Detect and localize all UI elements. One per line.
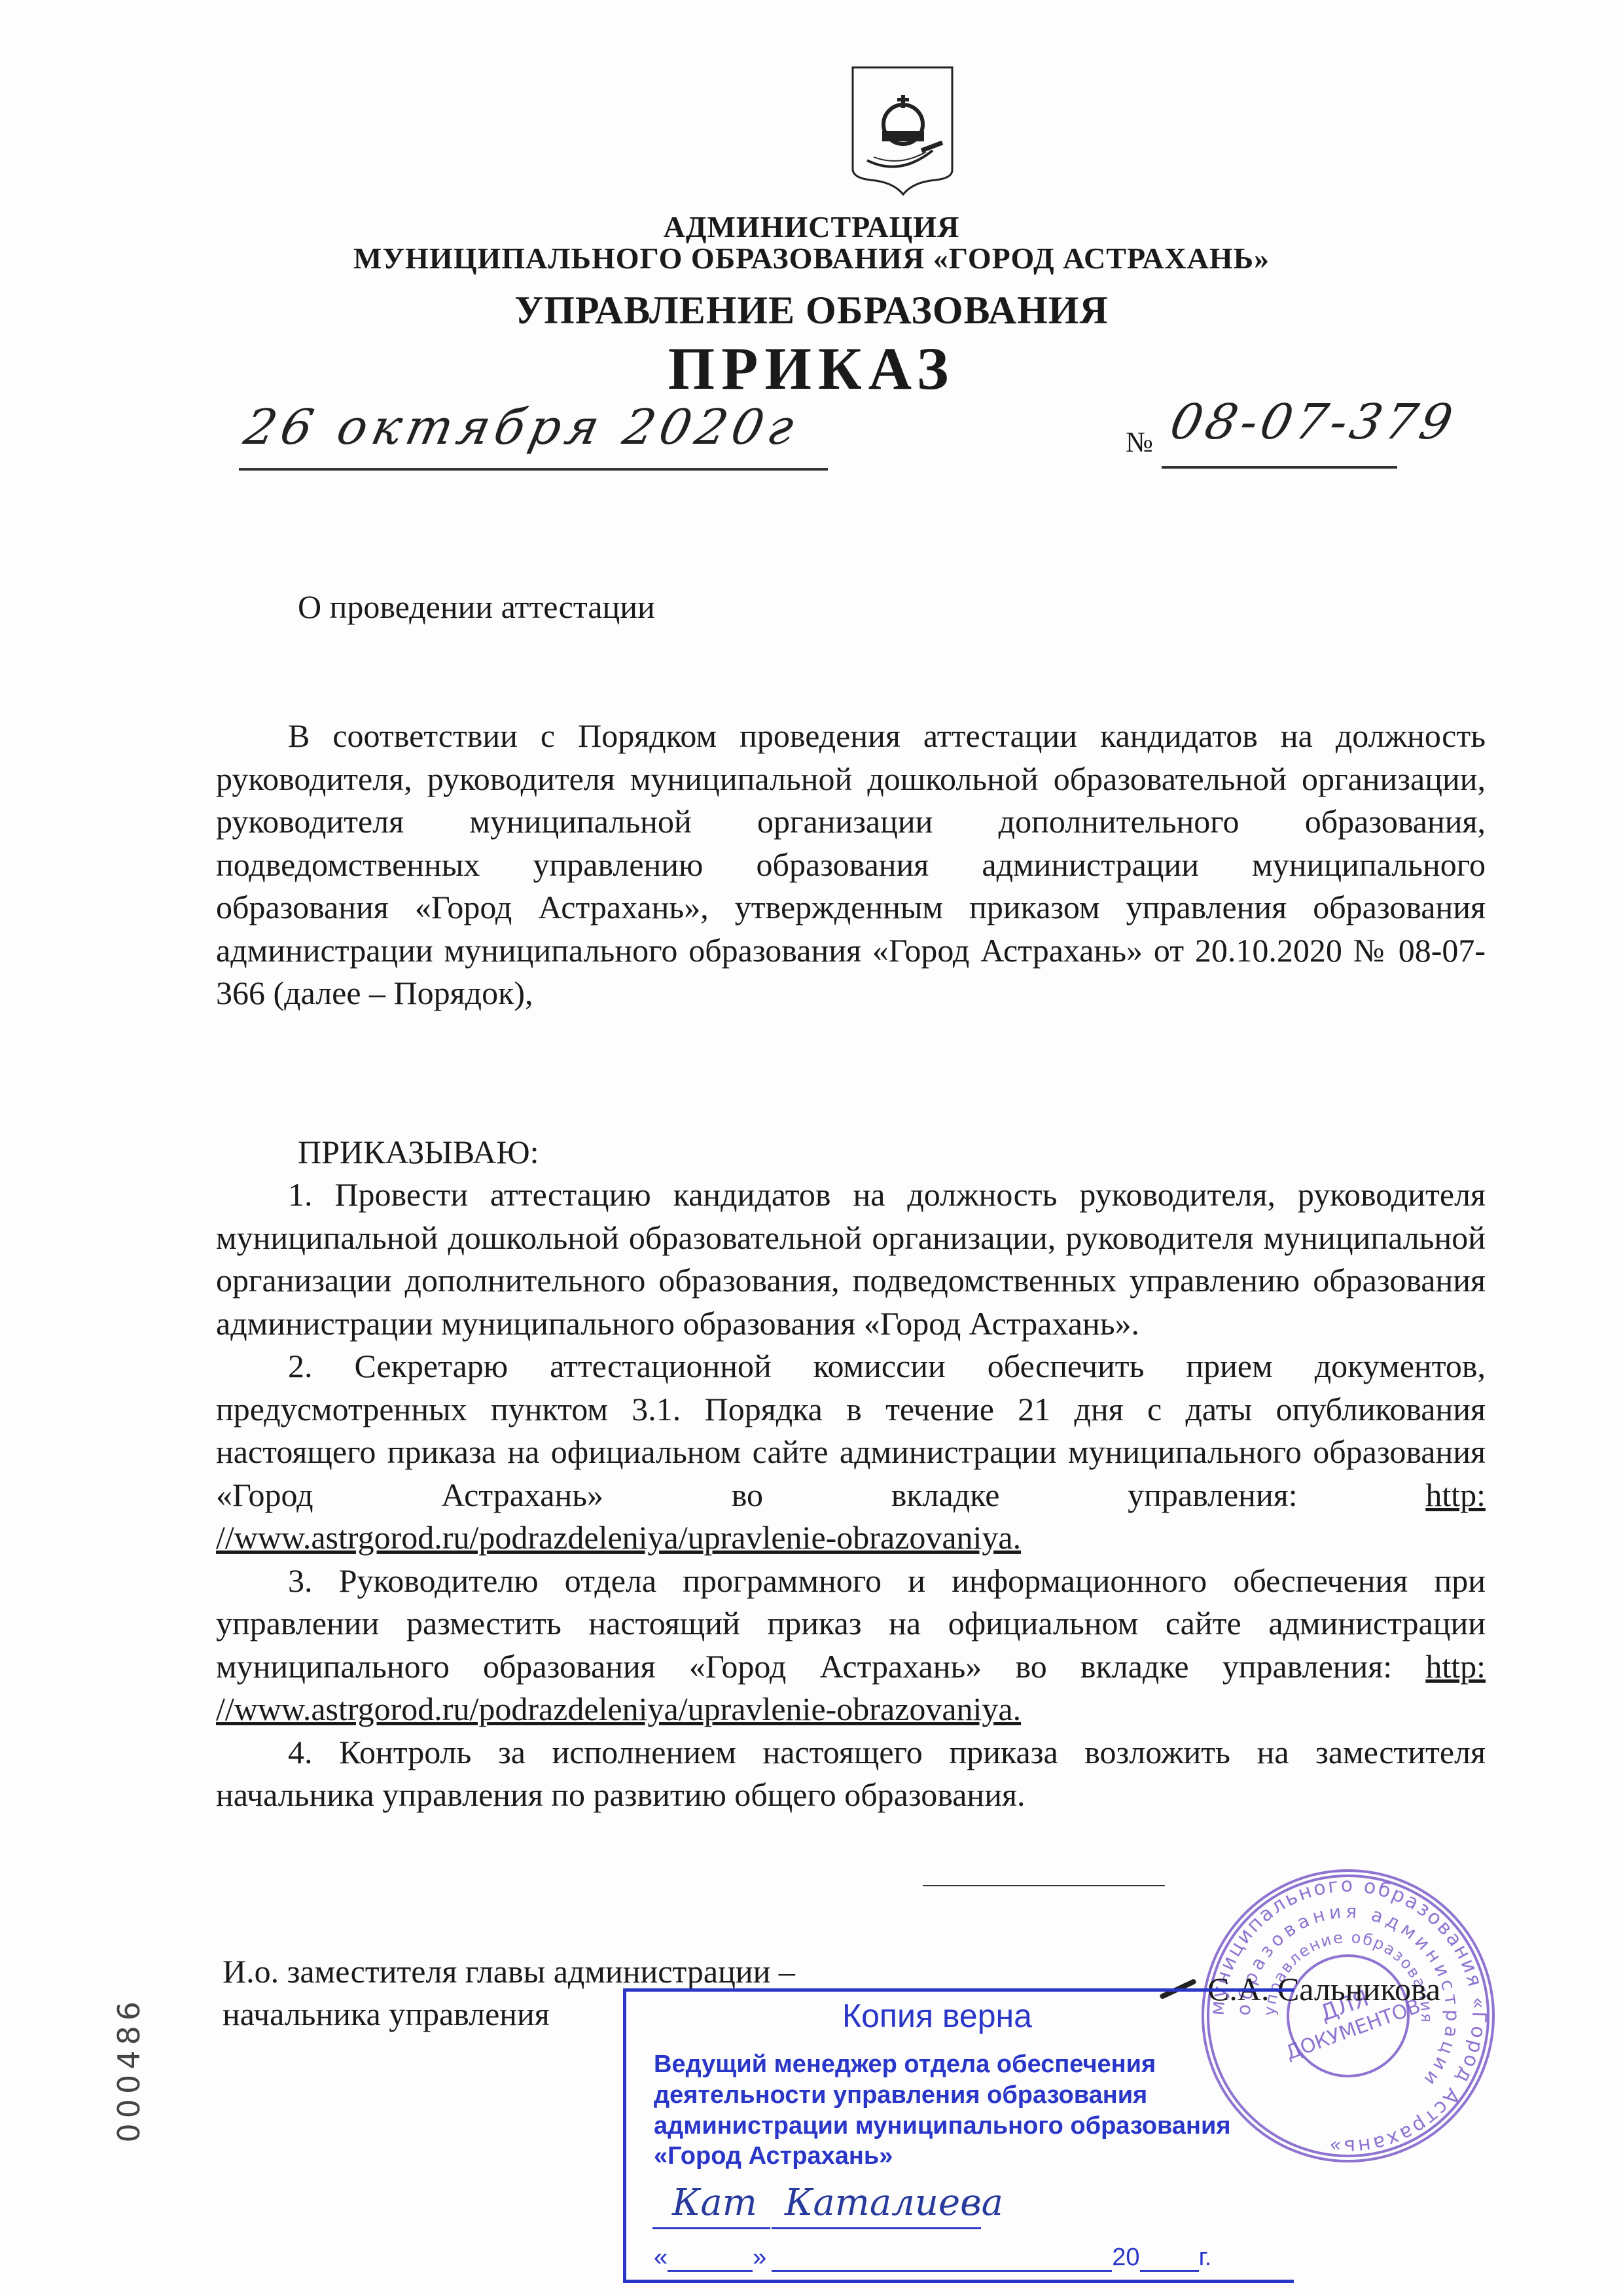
copy-stamp-line: «Город Астрахань» — [654, 2142, 893, 2170]
year-blank — [1140, 2250, 1199, 2272]
preamble-text: В соответствии с Порядком проведения атт… — [216, 717, 1486, 1011]
header-department: УПРАВЛЕНИЕ ОБРАЗОВАНИЯ — [0, 288, 1623, 333]
open-quote: « — [654, 2244, 668, 2271]
number-label: № — [1126, 425, 1153, 459]
item-text: Провести аттестацию кандидатов на должно… — [216, 1176, 1486, 1342]
copy-stamp-line: Ведущий менеджер отдела обеспечения — [654, 2051, 1156, 2079]
year-suffix: г. — [1199, 2244, 1212, 2271]
copy-stamp-line: администрации муниципального образования — [654, 2112, 1231, 2140]
copy-stamp-title: Копия верна — [842, 1997, 1032, 2035]
order-item-4: 4. Контроль за исполнением настоящего пр… — [216, 1731, 1486, 1817]
copy-stamp-date-field: «»20г. — [654, 2244, 1211, 2272]
day-blank — [668, 2250, 753, 2272]
close-quote: » — [753, 2244, 766, 2271]
copy-stamp-handwritten-name: Каталиева — [772, 2181, 981, 2229]
coat-of-arms-icon — [851, 65, 955, 196]
order-number: 08-07-379 — [1166, 394, 1461, 450]
copy-stamp-line: деятельности управления образования — [654, 2081, 1147, 2109]
item-number: 2. — [288, 1348, 313, 1384]
order-item-2: 2. Секретарю аттестационной комиссии обе… — [216, 1345, 1486, 1560]
item-text: Секретарю аттестационной комиссии обеспе… — [216, 1348, 1486, 1513]
order-item-3: 3. Руководителю отдела программного и ин… — [216, 1560, 1486, 1731]
order-word: ПРИКАЗЫВАЮ: — [298, 1131, 539, 1174]
signatory-position-line1: И.о. заместителя главы администрации – — [223, 1950, 795, 1994]
signatory-position-line2: начальника управления — [223, 1993, 550, 2036]
preamble: В соответствии с Порядком проведения атт… — [216, 715, 1486, 1015]
copy-certification-stamp: Копия верна Ведущий менеджер отдела обес… — [623, 1988, 1294, 2283]
copy-stamp-signature: Кат — [652, 2181, 770, 2229]
document-type: ПРИКАЗ — [0, 334, 1623, 403]
item-number: 4. — [288, 1734, 313, 1770]
header-administration: АДМИНИСТРАЦИЯ — [0, 209, 1623, 244]
order-date: 26 октября 2020г — [240, 399, 804, 456]
divider-line — [923, 1885, 1165, 1886]
month-blank — [772, 2250, 1112, 2272]
item-number: 1. — [288, 1176, 313, 1213]
item-text: Руководителю отдела программного и инфор… — [216, 1562, 1486, 1685]
item-number: 3. — [288, 1562, 313, 1599]
item-text: Контроль за исполнением настоящего прика… — [216, 1734, 1486, 1814]
year-prefix: 20 — [1112, 2244, 1139, 2271]
order-item-1: 1. Провести аттестацию кандидатов на дол… — [216, 1174, 1486, 1345]
order-subject: О проведении аттестации — [298, 586, 655, 629]
header-municipality: МУНИЦИПАЛЬНОГО ОБРАЗОВАНИЯ «ГОРОД АСТРАХ… — [0, 241, 1623, 276]
serial-number: 000486 — [111, 1996, 147, 2143]
order-items: 1. Провести аттестацию кандидатов на дол… — [216, 1174, 1486, 1817]
